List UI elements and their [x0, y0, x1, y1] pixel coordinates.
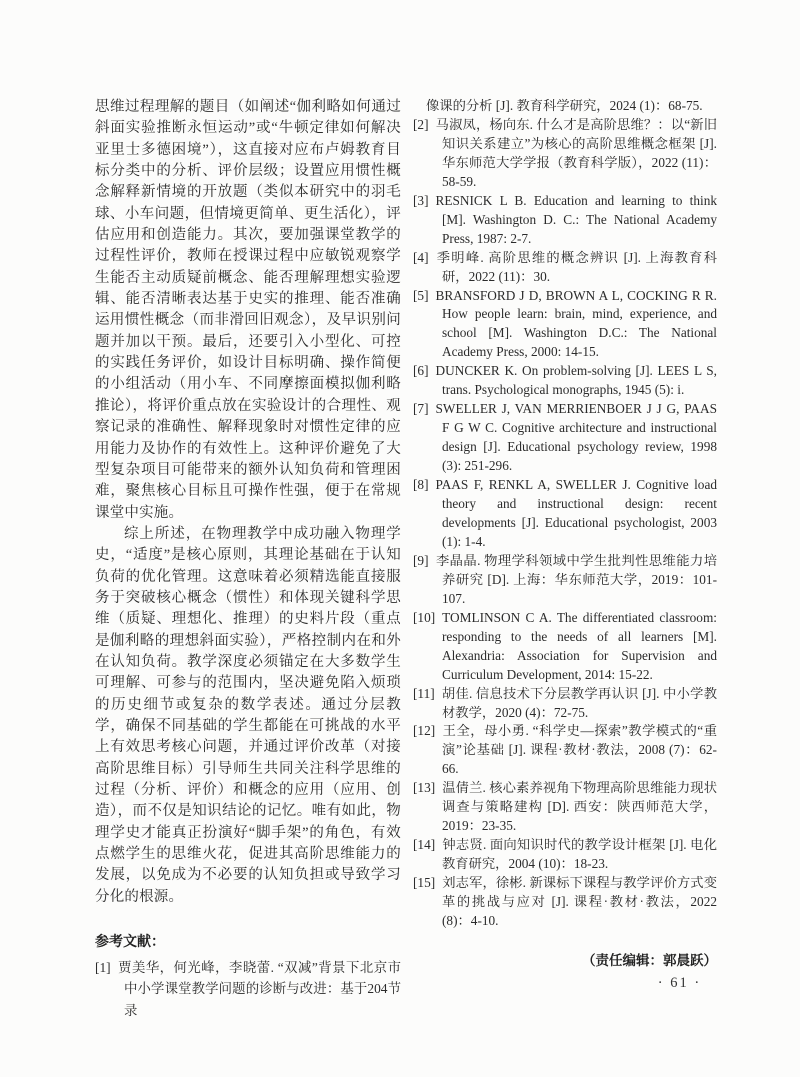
reference-label: [7]: [413, 401, 429, 416]
reference-text: 贾美华，何光峰，李晓蕾. “双减”背景下北京市中小学课堂教学问题的诊断与改进：基…: [118, 960, 401, 1018]
body-paragraph: 思维过程理解的题目（如阐述“伽利略如何通过斜面实验推断永恒运动”或“牛顿定律如何…: [95, 97, 401, 524]
reference-item: [4]季明峰. 高阶思维的概念辨识 [J]. 上海教育科研，2022 (11)：…: [413, 249, 717, 287]
page-number: · 61 ·: [637, 975, 722, 992]
reference-continuation: 像课的分析 [J]. 教育科学研究，2024 (1)：68-75.: [413, 97, 717, 116]
reference-label: [11]: [413, 686, 435, 701]
left-column: 思维过程理解的题目（如阐述“伽利略如何通过斜面实验推断永恒运动”或“牛顿定律如何…: [95, 97, 401, 1021]
reference-text: RESNICK L B. Education and learning to t…: [436, 193, 717, 246]
reference-text: 温倩兰. 核心素养视角下物理高阶思维能力现状调查与策略建构 [D]. 西安：陕西…: [442, 780, 717, 833]
reference-item: [11]胡佳. 信息技术下分层教学再认识 [J]. 中小学教材教学，2020 (…: [413, 685, 717, 723]
reference-text: BRANSFORD J D, BROWN A L, COCKING R R. H…: [436, 288, 717, 360]
reference-label: [4]: [413, 250, 429, 265]
body-paragraph: 综上所述，在物理教学中成功融入物理学史，“适度”是核心原则，其理论基础在于认知负…: [95, 524, 401, 908]
reference-text: 胡佳. 信息技术下分层教学再认识 [J]. 中小学教材教学，2020 (4)：7…: [442, 686, 717, 720]
references-heading: 参考文献：: [95, 931, 401, 951]
reference-label: [9]: [413, 553, 429, 568]
reference-label: [5]: [413, 288, 429, 303]
reference-text: 马淑凤，杨向东. 什么才是高阶思维？：以“新旧知识关系建立”为核心的高阶思维概念…: [436, 117, 717, 189]
reference-item: [3]RESNICK L B. Education and learning t…: [413, 192, 717, 249]
reference-text: DUNCKER K. On problem-solving [J]. LEES …: [436, 363, 717, 397]
reference-label: [14]: [413, 837, 435, 852]
reference-text: 季明峰. 高阶思维的概念辨识 [J]. 上海教育科研，2022 (11)：30.: [436, 250, 717, 284]
reference-label: [3]: [413, 193, 429, 208]
reference-label: [12]: [413, 723, 435, 738]
reference-label: [15]: [413, 875, 435, 890]
right-column: 像课的分析 [J]. 教育科学研究，2024 (1)：68-75. [2]马淑凤…: [413, 97, 717, 969]
reference-text: 钟志贤. 面向知识时代的教学设计框架 [J]. 电化教育研究，2004 (10)…: [442, 837, 717, 871]
reference-item: [7]SWELLER J, VAN MERRIENBOER J J G, PAA…: [413, 400, 717, 476]
journal-page: 思维过程理解的题目（如阐述“伽利略如何通过斜面实验推断永恒运动”或“牛顿定律如何…: [0, 0, 800, 1077]
reference-label: [10]: [413, 610, 435, 625]
reference-item: [1]贾美华，何光峰，李晓蕾. “双减”背景下北京市中小学课堂教学问题的诊断与改…: [95, 957, 401, 1021]
reference-item: [2]马淑凤，杨向东. 什么才是高阶思维？：以“新旧知识关系建立”为核心的高阶思…: [413, 116, 717, 192]
reference-item: [10]TOMLINSON C A. The differentiated cl…: [413, 609, 717, 685]
reference-item: [6]DUNCKER K. On problem-solving [J]. LE…: [413, 362, 717, 400]
reference-item: [8]PAAS F, RENKL A, SWELLER J. Cognitive…: [413, 476, 717, 552]
editor-note: （责任编辑：郭晨跃）: [413, 949, 717, 969]
reference-text: TOMLINSON C A. The differentiated classr…: [442, 610, 717, 682]
reference-item: [9]李晶晶. 物理学科领域中学生批判性思维能力培养研究 [D]. 上海：华东师…: [413, 552, 717, 609]
reference-item: [15]刘志军，徐彬. 新课标下课程与教学评价方式变革的挑战与应对 [J]. 课…: [413, 874, 717, 931]
reference-label: [2]: [413, 117, 429, 132]
reference-label: [13]: [413, 780, 435, 795]
reference-label: [8]: [413, 477, 429, 492]
reference-item: [14]钟志贤. 面向知识时代的教学设计框架 [J]. 电化教育研究，2004 …: [413, 836, 717, 874]
reference-text: 刘志军，徐彬. 新课标下课程与教学评价方式变革的挑战与应对 [J]. 课程·教材…: [442, 875, 717, 928]
reference-text: SWELLER J, VAN MERRIENBOER J J G, PAAS F…: [436, 401, 717, 473]
reference-label: [1]: [95, 960, 111, 975]
reference-text: 王全，母小勇. “科学史—探索”教学模式的“重演”论基础 [J]. 课程·教材·…: [442, 723, 717, 776]
reference-item: [5]BRANSFORD J D, BROWN A L, COCKING R R…: [413, 287, 717, 363]
reference-label: [6]: [413, 363, 429, 378]
reference-text: PAAS F, RENKL A, SWELLER J. Cognitive lo…: [436, 477, 717, 549]
reference-text: 李晶晶. 物理学科领域中学生批判性思维能力培养研究 [D]. 上海：华东师范大学…: [436, 553, 717, 606]
reference-item: [12]王全，母小勇. “科学史—探索”教学模式的“重演”论基础 [J]. 课程…: [413, 722, 717, 779]
reference-item: [13]温倩兰. 核心素养视角下物理高阶思维能力现状调查与策略建构 [D]. 西…: [413, 779, 717, 836]
